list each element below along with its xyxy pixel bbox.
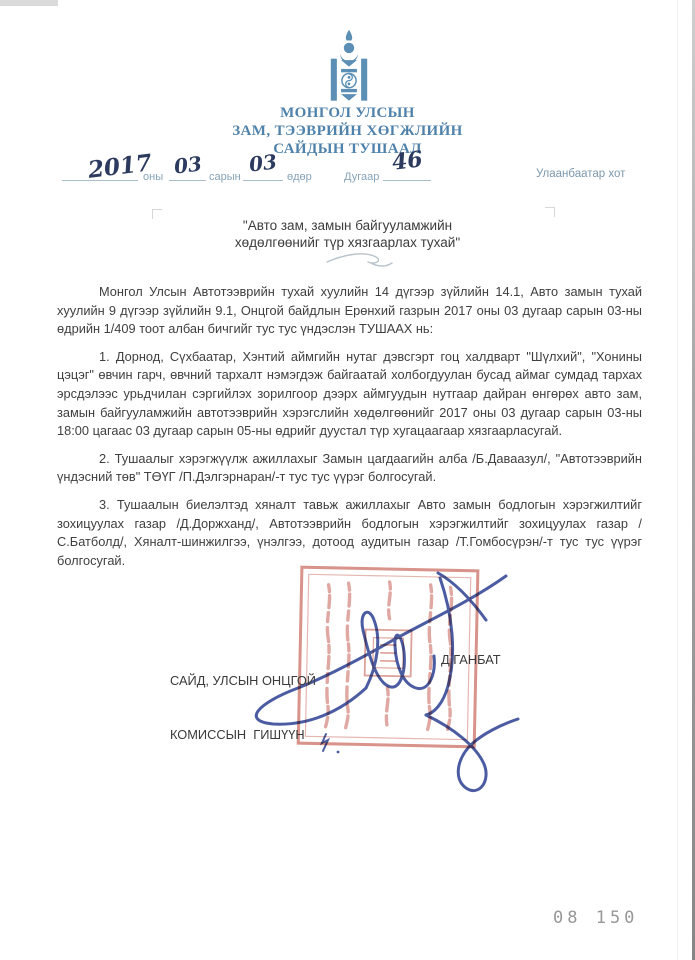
signer-position-line-2: КОМИССЫН ГИШҮҮН — [170, 726, 316, 744]
decree-body: Монгол Улсын Автотээврийн тухай хуулийн … — [57, 283, 642, 579]
crop-mark-right — [545, 207, 555, 217]
signer-name: Д.ГАНБАТ — [441, 652, 501, 667]
day-label: өдөр — [287, 171, 312, 183]
archive-page-number: 08 150 — [553, 908, 638, 928]
clause-3-paragraph: 3. Тушаалын биелэлтэд хяналт тавьж ажилл… — [57, 496, 642, 570]
year-label: оны — [143, 171, 163, 183]
clause-1-paragraph: 1. Дорнод, Сүхбаатар, Хэнтий аймгийн нут… — [57, 348, 642, 441]
org-line-1: МОНГОЛ УЛСЫН — [0, 104, 695, 122]
decree-title: "Авто зам, замын байгууламжийн хөдөлгөөн… — [0, 217, 695, 251]
scan-artifact-top-left — [0, 0, 58, 6]
scanned-decree-page: МОНГОЛ УЛСЫН ЗАМ, ТЭЭВРИЙН ХӨГЖЛИЙН САЙД… — [0, 0, 695, 960]
decree-title-line-1: "Авто зам, замын байгууламжийн — [0, 217, 695, 234]
month-label: сарын — [209, 171, 241, 183]
handwritten-month: 03 — [173, 151, 204, 178]
preamble-paragraph: Монгол Улсын Автотээврийн тухай хуулийн … — [57, 283, 642, 339]
signer-position: САЙД, УЛСЫН ОНЦГОЙ КОМИССЫН ГИШҮҮН — [170, 636, 316, 780]
org-line-2: ЗАМ, ТЭЭВРИЙН ХӨГЖЛИЙН — [0, 122, 695, 140]
handwritten-day: 03 — [248, 149, 279, 176]
handwritten-number: 46 — [391, 146, 425, 176]
signer-position-line-1: САЙД, УЛСЫН ОНЦГОЙ — [170, 672, 316, 690]
clause-2-paragraph: 2. Тушаалыг хэрэгжүүлж ажиллахыг Замын ц… — [57, 450, 642, 487]
soyombo-emblem-icon — [321, 27, 377, 114]
issuing-authority-title: МОНГОЛ УЛСЫН ЗАМ, ТЭЭВРИЙН ХӨГЖЛИЙН САЙД… — [0, 104, 695, 158]
city-label: Улаанбаатар хот — [536, 168, 625, 180]
pen-doodle-mark — [325, 249, 395, 276]
number-label: Дугаар — [344, 171, 379, 183]
